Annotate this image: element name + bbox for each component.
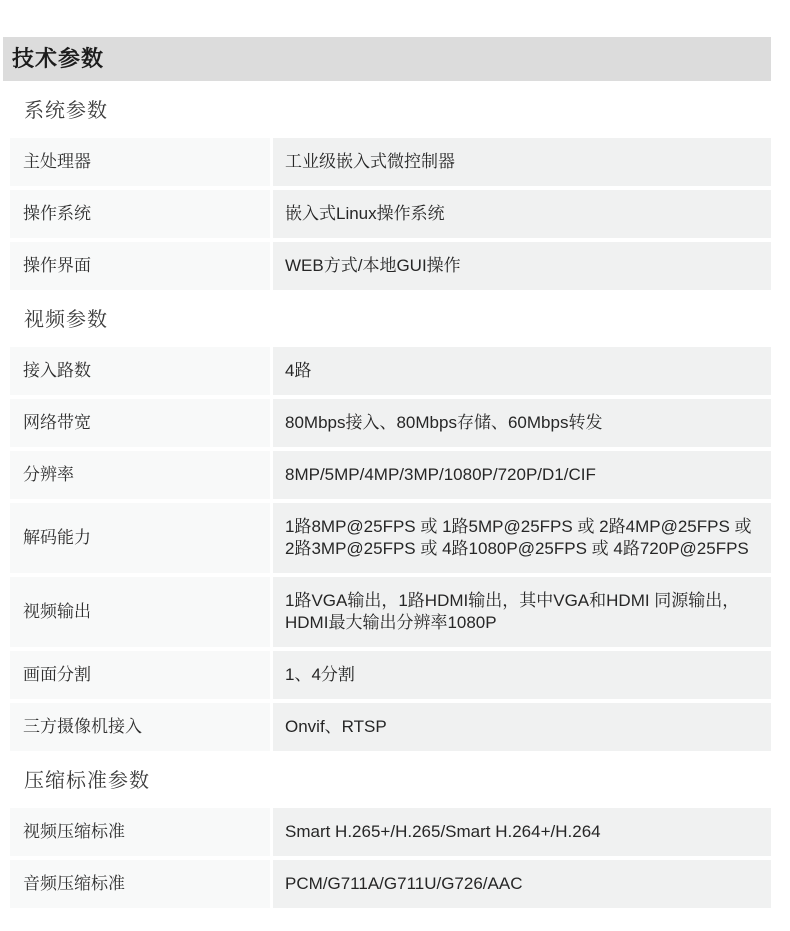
- table-row: 音频压缩标准 PCM/G711A/G711U/G726/AAC: [10, 860, 771, 908]
- spec-value: 8MP/5MP/4MP/3MP/1080P/720P/D1/CIF: [273, 451, 771, 499]
- spec-value: Smart H.265+/H.265/Smart H.264+/H.264: [273, 808, 771, 856]
- spec-label: 接入路数: [10, 347, 270, 395]
- section-title: 系统参数: [24, 97, 771, 125]
- spec-label: 主处理器: [10, 138, 270, 186]
- spec-table: 主处理器 工业级嵌入式微控制器 操作系统 嵌入式Linux操作系统 操作界面 W…: [10, 138, 771, 290]
- table-row: 画面分割 1、4分割: [10, 651, 771, 699]
- section-title: 视频参数: [24, 306, 771, 334]
- spec-label: 视频压缩标准: [10, 808, 270, 856]
- spec-value: 1路VGA输出，1路HDMI输出，其中VGA和HDMI 同源输出，HDMI最大输…: [273, 577, 771, 647]
- spec-value: 4路: [273, 347, 771, 395]
- spec-value: WEB方式/本地GUI操作: [273, 242, 771, 290]
- spec-table: 视频压缩标准 Smart H.265+/H.265/Smart H.264+/H…: [10, 808, 771, 908]
- spec-value: Onvif、RTSP: [273, 703, 771, 751]
- spec-label: 画面分割: [10, 651, 270, 699]
- spec-value: 工业级嵌入式微控制器: [273, 138, 771, 186]
- spec-table: 接入路数 4路 网络带宽 80Mbps接入、80Mbps存储、60Mbps转发 …: [10, 347, 771, 751]
- section-title: 压缩标准参数: [24, 767, 771, 795]
- spec-value: 嵌入式Linux操作系统: [273, 190, 771, 238]
- table-row: 操作界面 WEB方式/本地GUI操作: [10, 242, 771, 290]
- spec-label: 操作系统: [10, 190, 270, 238]
- spec-sections: 系统参数 主处理器 工业级嵌入式微控制器 操作系统 嵌入式Linux操作系统 操…: [0, 97, 790, 908]
- table-row: 解码能力 1路8MP@25FPS 或 1路5MP@25FPS 或 2路4MP@2…: [10, 503, 771, 573]
- table-row: 操作系统 嵌入式Linux操作系统: [10, 190, 771, 238]
- table-row: 视频输出 1路VGA输出，1路HDMI输出，其中VGA和HDMI 同源输出，HD…: [10, 577, 771, 647]
- spec-label: 三方摄像机接入: [10, 703, 270, 751]
- spec-label: 分辨率: [10, 451, 270, 499]
- spec-value: 1、4分割: [273, 651, 771, 699]
- spec-label: 音频压缩标准: [10, 860, 270, 908]
- spec-label: 视频输出: [10, 577, 270, 647]
- spec-value: 1路8MP@25FPS 或 1路5MP@25FPS 或 2路4MP@25FPS …: [273, 503, 771, 573]
- table-row: 分辨率 8MP/5MP/4MP/3MP/1080P/720P/D1/CIF: [10, 451, 771, 499]
- table-row: 网络带宽 80Mbps接入、80Mbps存储、60Mbps转发: [10, 399, 771, 447]
- table-row: 视频压缩标准 Smart H.265+/H.265/Smart H.264+/H…: [10, 808, 771, 856]
- spec-label: 网络带宽: [10, 399, 270, 447]
- table-row: 三方摄像机接入 Onvif、RTSP: [10, 703, 771, 751]
- table-row: 主处理器 工业级嵌入式微控制器: [10, 138, 771, 186]
- spec-value: 80Mbps接入、80Mbps存储、60Mbps转发: [273, 399, 771, 447]
- spec-label: 解码能力: [10, 503, 270, 573]
- spec-label: 操作界面: [10, 242, 270, 290]
- page-title: 技术参数: [3, 37, 771, 81]
- spec-section: 视频参数 接入路数 4路 网络带宽 80Mbps接入、80Mbps存储、60Mb…: [0, 306, 790, 751]
- spec-section: 压缩标准参数 视频压缩标准 Smart H.265+/H.265/Smart H…: [0, 767, 790, 908]
- spec-value: PCM/G711A/G711U/G726/AAC: [273, 860, 771, 908]
- spec-page: 技术参数 系统参数 主处理器 工业级嵌入式微控制器 操作系统 嵌入式Linux操…: [0, 0, 790, 908]
- spec-section: 系统参数 主处理器 工业级嵌入式微控制器 操作系统 嵌入式Linux操作系统 操…: [0, 97, 790, 290]
- table-row: 接入路数 4路: [10, 347, 771, 395]
